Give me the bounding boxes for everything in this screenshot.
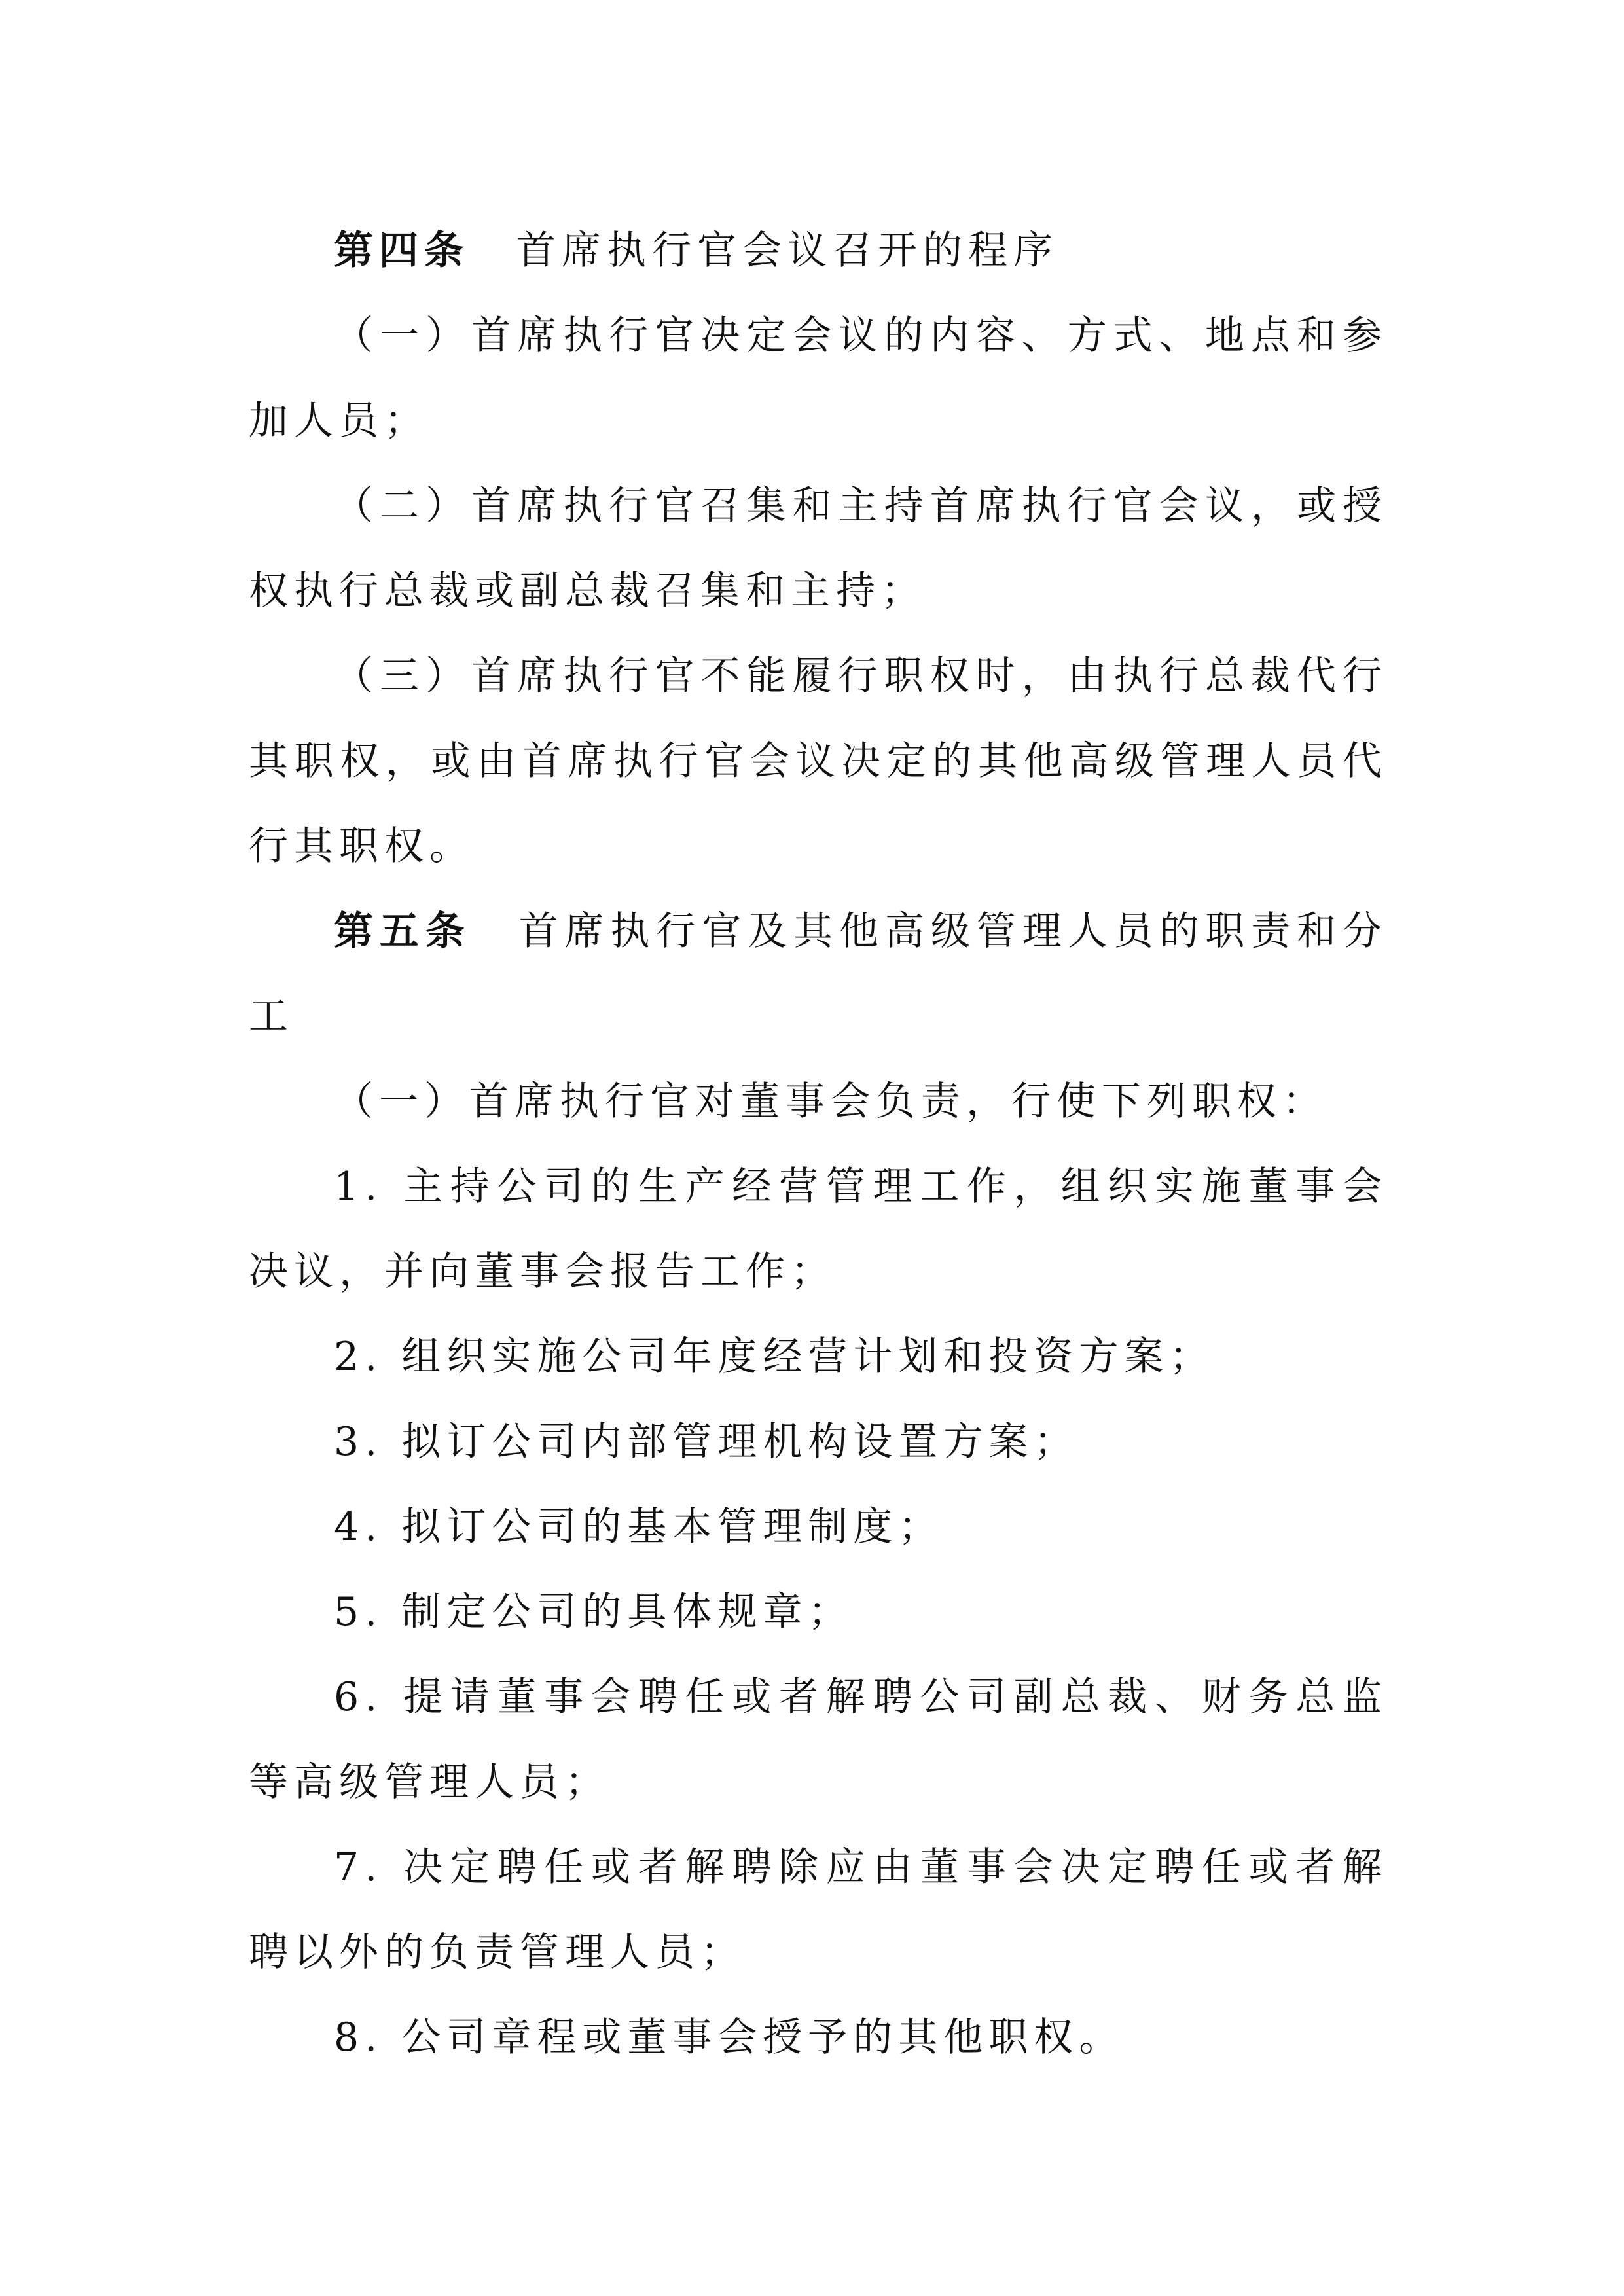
article-4-item-3: （三）首席执行官不能履行职权时，由执行总裁代行其职权，或由首席执行官会议决定的其… (249, 634, 1388, 889)
article-4-item-1: （一）首席执行官决定会议的内容、方式、地点和参加人员； (249, 293, 1388, 463)
article-5-item-6: 6. 提请董事会聘任或者解聘公司副总裁、财务总监等高级管理人员； (249, 1655, 1388, 1825)
article-5-subsection: （一）首席执行官对董事会负责，行使下列职权： (249, 1059, 1388, 1144)
article-5-item-5: 5. 制定公司的具体规章； (249, 1570, 1388, 1655)
article-5-item-3: 3. 拟订公司内部管理机构设置方案； (249, 1399, 1388, 1484)
article-4-heading: 第四条首席执行官会议召开的程序 (249, 208, 1388, 293)
article-5-item-1: 1. 主持公司的生产经营管理工作，组织实施董事会决议，并向董事会报告工作； (249, 1144, 1388, 1314)
article-4-item-2: （二）首席执行官召集和主持首席执行官会议，或授权执行总裁或副总裁召集和主持； (249, 463, 1388, 634)
article-5-item-4: 4. 拟订公司的基本管理制度； (249, 1484, 1388, 1570)
article-5-item-2: 2. 组织实施公司年度经营计划和投资方案； (249, 1314, 1388, 1399)
article-4-label: 第四条 (334, 228, 469, 274)
document-page: 第四条首席执行官会议召开的程序 （一）首席执行官决定会议的内容、方式、地点和参加… (249, 208, 1388, 2080)
article-5-item-7: 7. 决定聘任或者解聘除应由董事会决定聘任或者解聘以外的负责管理人员； (249, 1825, 1388, 1995)
article-4-title: 首席执行官会议召开的程序 (516, 228, 1058, 274)
article-5-item-8: 8. 公司章程或董事会授予的其他职权。 (249, 1995, 1388, 2080)
article-5-heading: 第五条首席执行官及其他高级管理人员的职责和分工 (249, 889, 1388, 1059)
article-5-label: 第五条 (334, 908, 471, 954)
